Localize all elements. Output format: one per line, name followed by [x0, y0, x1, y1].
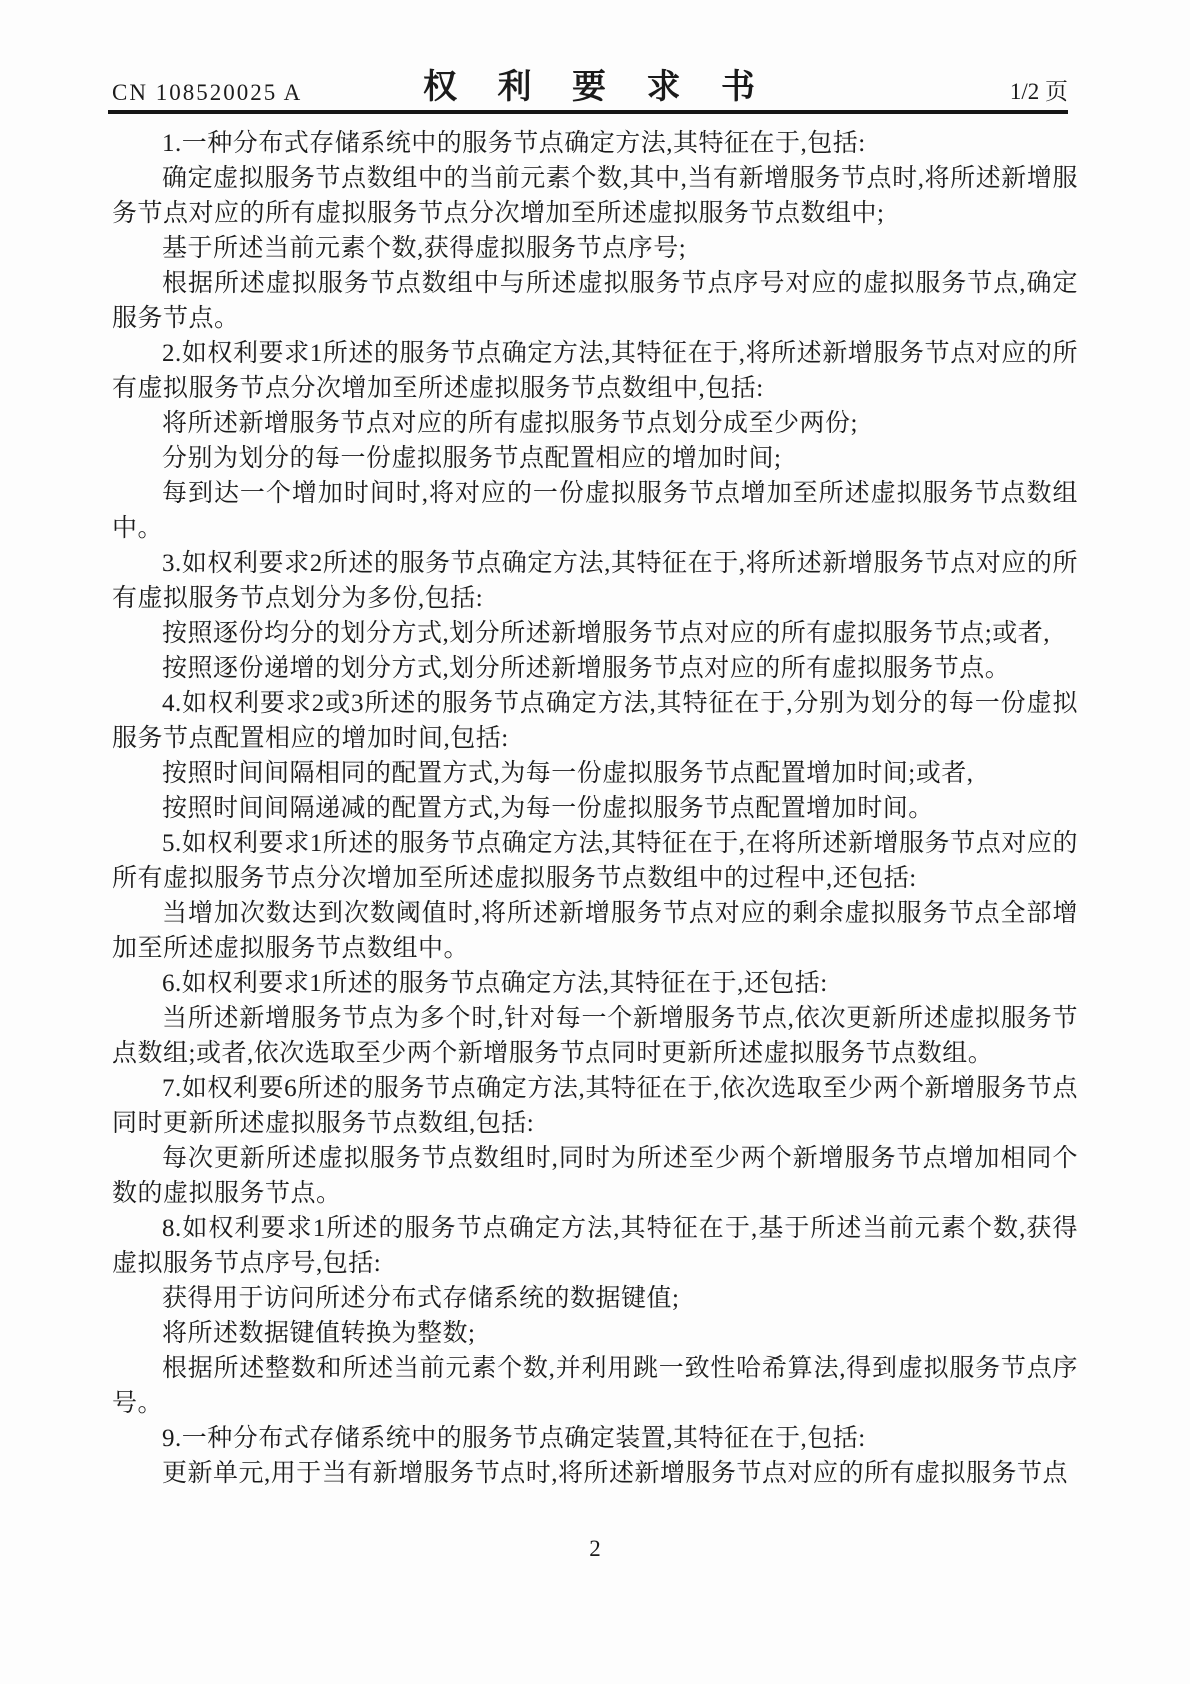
claim-paragraph: 分别为划分的每一份虚拟服务节点配置相应的增加时间; — [112, 441, 1078, 476]
claim-paragraph: 按照逐份递增的划分方式,划分所述新增服务节点对应的所有虚拟服务节点。 — [112, 651, 1078, 686]
claim-paragraph: 当所述新增服务节点为多个时,针对每一个新增服务节点,依次更新所述虚拟服务节点数组… — [112, 1001, 1078, 1071]
claim-paragraph: 按照时间间隔递减的配置方式,为每一份虚拟服务节点配置增加时间。 — [112, 791, 1078, 826]
claim-paragraph: 获得用于访问所述分布式存储系统的数据键值; — [112, 1281, 1078, 1316]
publication-number: CN 108520025 A — [112, 80, 302, 106]
page-footer: 2 — [0, 1536, 1190, 1562]
claim-paragraph: 每到达一个增加时间时,将对应的一份虚拟服务节点增加至所述虚拟服务节点数组中。 — [112, 476, 1078, 546]
page-indicator: 1/2 页 — [1010, 73, 1068, 106]
claim-paragraph: 8.如权利要求1所述的服务节点确定方法,其特征在于,基于所述当前元素个数,获得虚… — [112, 1211, 1078, 1281]
header-divider — [108, 110, 1068, 114]
document-title: 权 利 要 求 书 — [407, 59, 771, 108]
page-header: CN 108520025 A 权 利 要 求 书 1/2 页 — [110, 60, 1068, 110]
claim-paragraph: 将所述新增服务节点对应的所有虚拟服务节点划分成至少两份; — [112, 406, 1078, 441]
claim-paragraph: 3.如权利要求2所述的服务节点确定方法,其特征在于,将所述新增服务节点对应的所有… — [112, 546, 1078, 616]
patent-claims-page: CN 108520025 A 权 利 要 求 书 1/2 页 1.一种分布式存储… — [0, 0, 1190, 1684]
claim-paragraph: 根据所述虚拟服务节点数组中与所述虚拟服务节点序号对应的虚拟服务节点,确定服务节点… — [112, 266, 1078, 336]
claim-paragraph: 1.一种分布式存储系统中的服务节点确定方法,其特征在于,包括: — [112, 126, 1078, 161]
claim-paragraph: 每次更新所述虚拟服务节点数组时,同时为所述至少两个新增服务节点增加相同个数的虚拟… — [112, 1141, 1078, 1211]
claim-paragraph: 按照时间间隔相同的配置方式,为每一份虚拟服务节点配置增加时间;或者, — [112, 756, 1078, 791]
claim-paragraph: 7.如权利要6所述的服务节点确定方法,其特征在于,依次选取至少两个新增服务节点同… — [112, 1071, 1078, 1141]
claim-paragraph: 5.如权利要求1所述的服务节点确定方法,其特征在于,在将所述新增服务节点对应的所… — [112, 826, 1078, 896]
claim-paragraph: 9.一种分布式存储系统中的服务节点确定装置,其特征在于,包括: — [112, 1421, 1078, 1456]
claims-body: 1.一种分布式存储系统中的服务节点确定方法,其特征在于,包括: 确定虚拟服务节点… — [112, 126, 1078, 1491]
claim-paragraph: 6.如权利要求1所述的服务节点确定方法,其特征在于,还包括: — [112, 966, 1078, 1001]
claim-paragraph: 确定虚拟服务节点数组中的当前元素个数,其中,当有新增服务节点时,将所述新增服务节… — [112, 161, 1078, 231]
claim-paragraph: 根据所述整数和所述当前元素个数,并利用跳一致性哈希算法,得到虚拟服务节点序号。 — [112, 1351, 1078, 1421]
page-number: 2 — [589, 1536, 601, 1561]
claim-paragraph: 更新单元,用于当有新增服务节点时,将所述新增服务节点对应的所有虚拟服务节点 — [112, 1456, 1078, 1491]
claim-paragraph: 将所述数据键值转换为整数; — [112, 1316, 1078, 1351]
claim-paragraph: 当增加次数达到次数阈值时,将所述新增服务节点对应的剩余虚拟服务节点全部增加至所述… — [112, 896, 1078, 966]
claim-paragraph: 基于所述当前元素个数,获得虚拟服务节点序号; — [112, 231, 1078, 266]
claim-paragraph: 按照逐份均分的划分方式,划分所述新增服务节点对应的所有虚拟服务节点;或者, — [112, 616, 1078, 651]
claim-paragraph: 4.如权利要求2或3所述的服务节点确定方法,其特征在于,分别为划分的每一份虚拟服… — [112, 686, 1078, 756]
claim-paragraph: 2.如权利要求1所述的服务节点确定方法,其特征在于,将所述新增服务节点对应的所有… — [112, 336, 1078, 406]
